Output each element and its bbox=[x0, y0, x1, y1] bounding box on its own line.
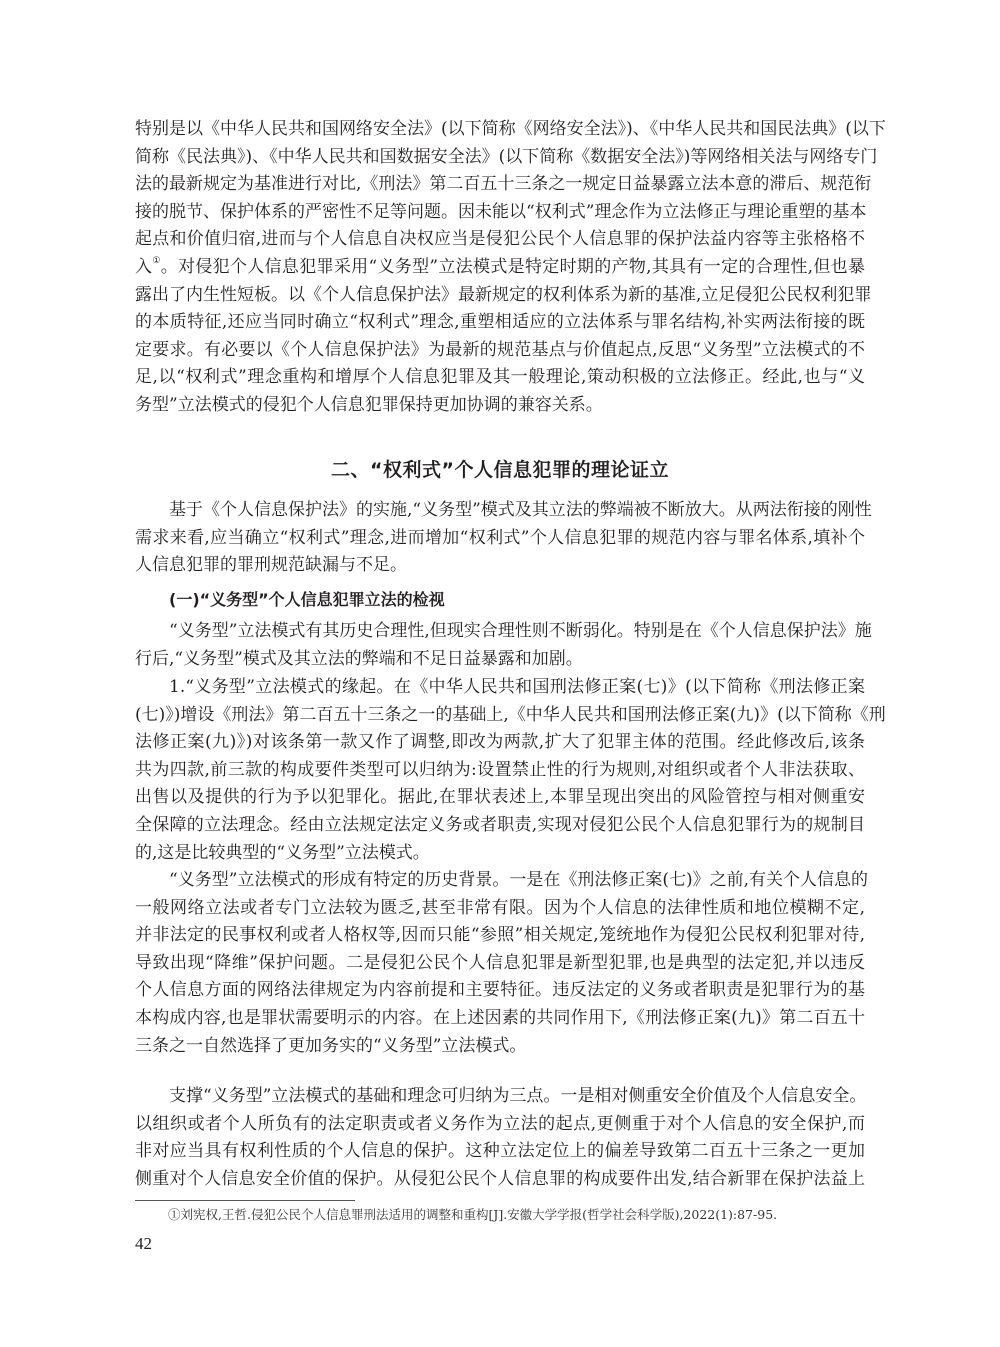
text-line: 支撑“义务型”立法模式的基础和理念可归纳为三点。一是相对侧重安全价值及个人信息安… bbox=[135, 1083, 865, 1111]
paragraph-1: 特别是以《中华人民共和国网络安全法》(以下简称《网络安全法》)、《中华人民共和国… bbox=[135, 116, 865, 420]
text-line: 非对应当具有权利性质的个人信息的保护。这种立法定位上的偏差导致第二百五十三条之一… bbox=[135, 1138, 865, 1166]
text-line: “义务型”立法模式的形成有特定的历史背景。一是在《刑法修正案(七)》之前,有关个… bbox=[135, 867, 865, 895]
text-line: 露出了内生性短板。以《个人信息保护法》最新规定的权利体系为新的基准,立足侵犯公民… bbox=[135, 282, 865, 310]
text-line: 本构成内容,也是罪状需要明示的内容。在上述因素的共同作用下,《刑法修正案(九)》… bbox=[135, 1005, 865, 1033]
text-line: 定要求。有必要以《个人信息保护法》为最新的规范基点与价值起点,反思“义务型”立法… bbox=[135, 337, 865, 365]
paragraph-2: 基于《个人信息保护法》的实施,“义务型”模式及其立法的弊端被不断放大。从两法衔接… bbox=[135, 497, 865, 580]
text-line: 并非法定的民事权利或者人格权等,因而只能“参照”相关规定,笼统地作为侵犯公民权利… bbox=[135, 922, 865, 950]
text-line: “义务型”立法模式有其历史合理性,但现实合理性则不断弱化。特别是在《个人信息保护… bbox=[135, 618, 865, 646]
paragraph-4: 1.“义务型”立法模式的缘起。在《中华人民共和国刑法修正案(七)》(以下简称《刑… bbox=[135, 674, 865, 867]
text-line: 起点和价值归宿,进而与个人信息自决权应当是侵犯公民个人信息罪的保护法益内容等主张… bbox=[135, 226, 865, 254]
subsection: (一)“义务型”个人信息犯罪立法的检视 bbox=[135, 584, 865, 616]
text-line: 的,这是比较典型的“义务型”立法模式。 bbox=[135, 840, 865, 868]
footnote-reference[interactable]: ① bbox=[152, 256, 160, 266]
text-line: 出售以及提供的行为予以犯罪化。据此,在罪状表述上,本罪呈现出突出的风险管控与相对… bbox=[135, 784, 865, 812]
text-line: 个人信息方面的网络法律规定为内容前提和主要特征。违反法定的义务或者职责是犯罪行为… bbox=[135, 977, 865, 1005]
text-fragment: 。对侵犯个人信息犯罪采用“义务型”立法模式是特定时期的产物,其具有一定的合理性,… bbox=[161, 257, 865, 277]
text-line: 行后,“义务型”模式及其立法的弊端和不足日益暴露和加剧。 bbox=[135, 646, 865, 674]
text-line: 接的脱节、保护体系的严密性不足等问题。因未能以“权利式”理念作为立法修正与理论重… bbox=[135, 199, 865, 227]
paper-page: 特别是以《中华人民共和国网络安全法》(以下简称《网络安全法》)、《中华人民共和国… bbox=[0, 0, 1000, 1347]
text-line: 法的最新规定为基准进行对比,《刑法》第二百五十三条之一规定日益暴露立法本意的滞后… bbox=[135, 171, 865, 199]
paragraph-5: “义务型”立法模式的形成有特定的历史背景。一是在《刑法修正案(七)》之前,有关个… bbox=[135, 867, 865, 1060]
text-line: 需求来看,应当确立“权利式”理念,进而增加“权利式”个人信息犯罪的规范内容与罪名… bbox=[135, 525, 865, 553]
text-line: 导致出现“降维”保护问题。二是侵犯公民个人信息犯罪是新型犯罪,也是典型的法定犯,… bbox=[135, 950, 865, 978]
section-heading: 二、“权利式”个人信息犯罪的理论证立 bbox=[135, 455, 865, 485]
text-line: 务型”立法模式的侵犯个人信息犯罪保持更加协调的兼容关系。 bbox=[135, 392, 865, 420]
text-line: 侧重对个人信息安全价值的保护。从侵犯公民个人信息罪的构成要件出发,结合新罪在保护… bbox=[135, 1166, 865, 1194]
page-number: 42 bbox=[135, 1234, 152, 1254]
footnote-divider bbox=[135, 1200, 355, 1201]
text-line: 简称《民法典》)、《中华人民共和国数据安全法》(以下简称《数据安全法》)等网络相… bbox=[135, 144, 865, 172]
text-fragment: 入 bbox=[135, 257, 152, 277]
text-line: (七)》)增设《刑法》第二百五十三条之一的基础上,《中华人民共和国刑法修正案(九… bbox=[135, 702, 865, 730]
text-line: 人信息犯罪的罪刑规范缺漏与不足。 bbox=[135, 552, 865, 580]
text-line: 共为四款,前三款的构成要件类型可以归纳为:设置禁止性的行为规则,对组织或者个人非… bbox=[135, 757, 865, 785]
paragraph-3: “义务型”立法模式有其历史合理性,但现实合理性则不断弱化。特别是在《个人信息保护… bbox=[135, 618, 865, 673]
text-line: 1.“义务型”立法模式的缘起。在《中华人民共和国刑法修正案(七)》(以下简称《刑… bbox=[135, 674, 865, 702]
text-line: 的本质特征,还应当同时确立“权利式”理念,重塑相适应的立法体系与罪名结构,补实两… bbox=[135, 309, 865, 337]
text-line: 特别是以《中华人民共和国网络安全法》(以下简称《网络安全法》)、《中华人民共和国… bbox=[135, 116, 865, 144]
text-line: 三条之一自然选择了更加务实的“义务型”立法模式。 bbox=[135, 1033, 865, 1061]
subsection-heading: (一)“义务型”个人信息犯罪立法的检视 bbox=[135, 584, 865, 616]
footnote: ①刘宪权,王哲.侵犯公民个人信息罪刑法适用的调整和重构[J].安徽大学学报(哲学… bbox=[168, 1206, 777, 1224]
text-line: 一般网络立法或者专门立法较为匮乏,甚至非常有限。因为个人信息的法律性质和地位模糊… bbox=[135, 895, 865, 923]
text-line: 入①。对侵犯个人信息犯罪采用“义务型”立法模式是特定时期的产物,其具有一定的合理… bbox=[135, 254, 865, 282]
text-line: 基于《个人信息保护法》的实施,“义务型”模式及其立法的弊端被不断放大。从两法衔接… bbox=[135, 497, 865, 525]
text-line: 法修正案(九)》)对该条第一款又作了调整,即改为两款,扩大了犯罪主体的范围。经此… bbox=[135, 729, 865, 757]
text-line: 足,以“权利式”理念重构和增厚个人信息犯罪及其一般理论,策动积极的立法修正。经此… bbox=[135, 364, 865, 392]
text-line: 全保障的立法理念。经由立法规定法定义务或者职责,实现对侵犯公民个人信息犯罪行为的… bbox=[135, 812, 865, 840]
paragraph-6: 支撑“义务型”立法模式的基础和理念可归纳为三点。一是相对侧重安全价值及个人信息安… bbox=[135, 1083, 865, 1193]
text-line: 以组织或者个人所负有的法定职责或者义务作为立法的起点,更侧重于对个人信息的安全保… bbox=[135, 1111, 865, 1139]
